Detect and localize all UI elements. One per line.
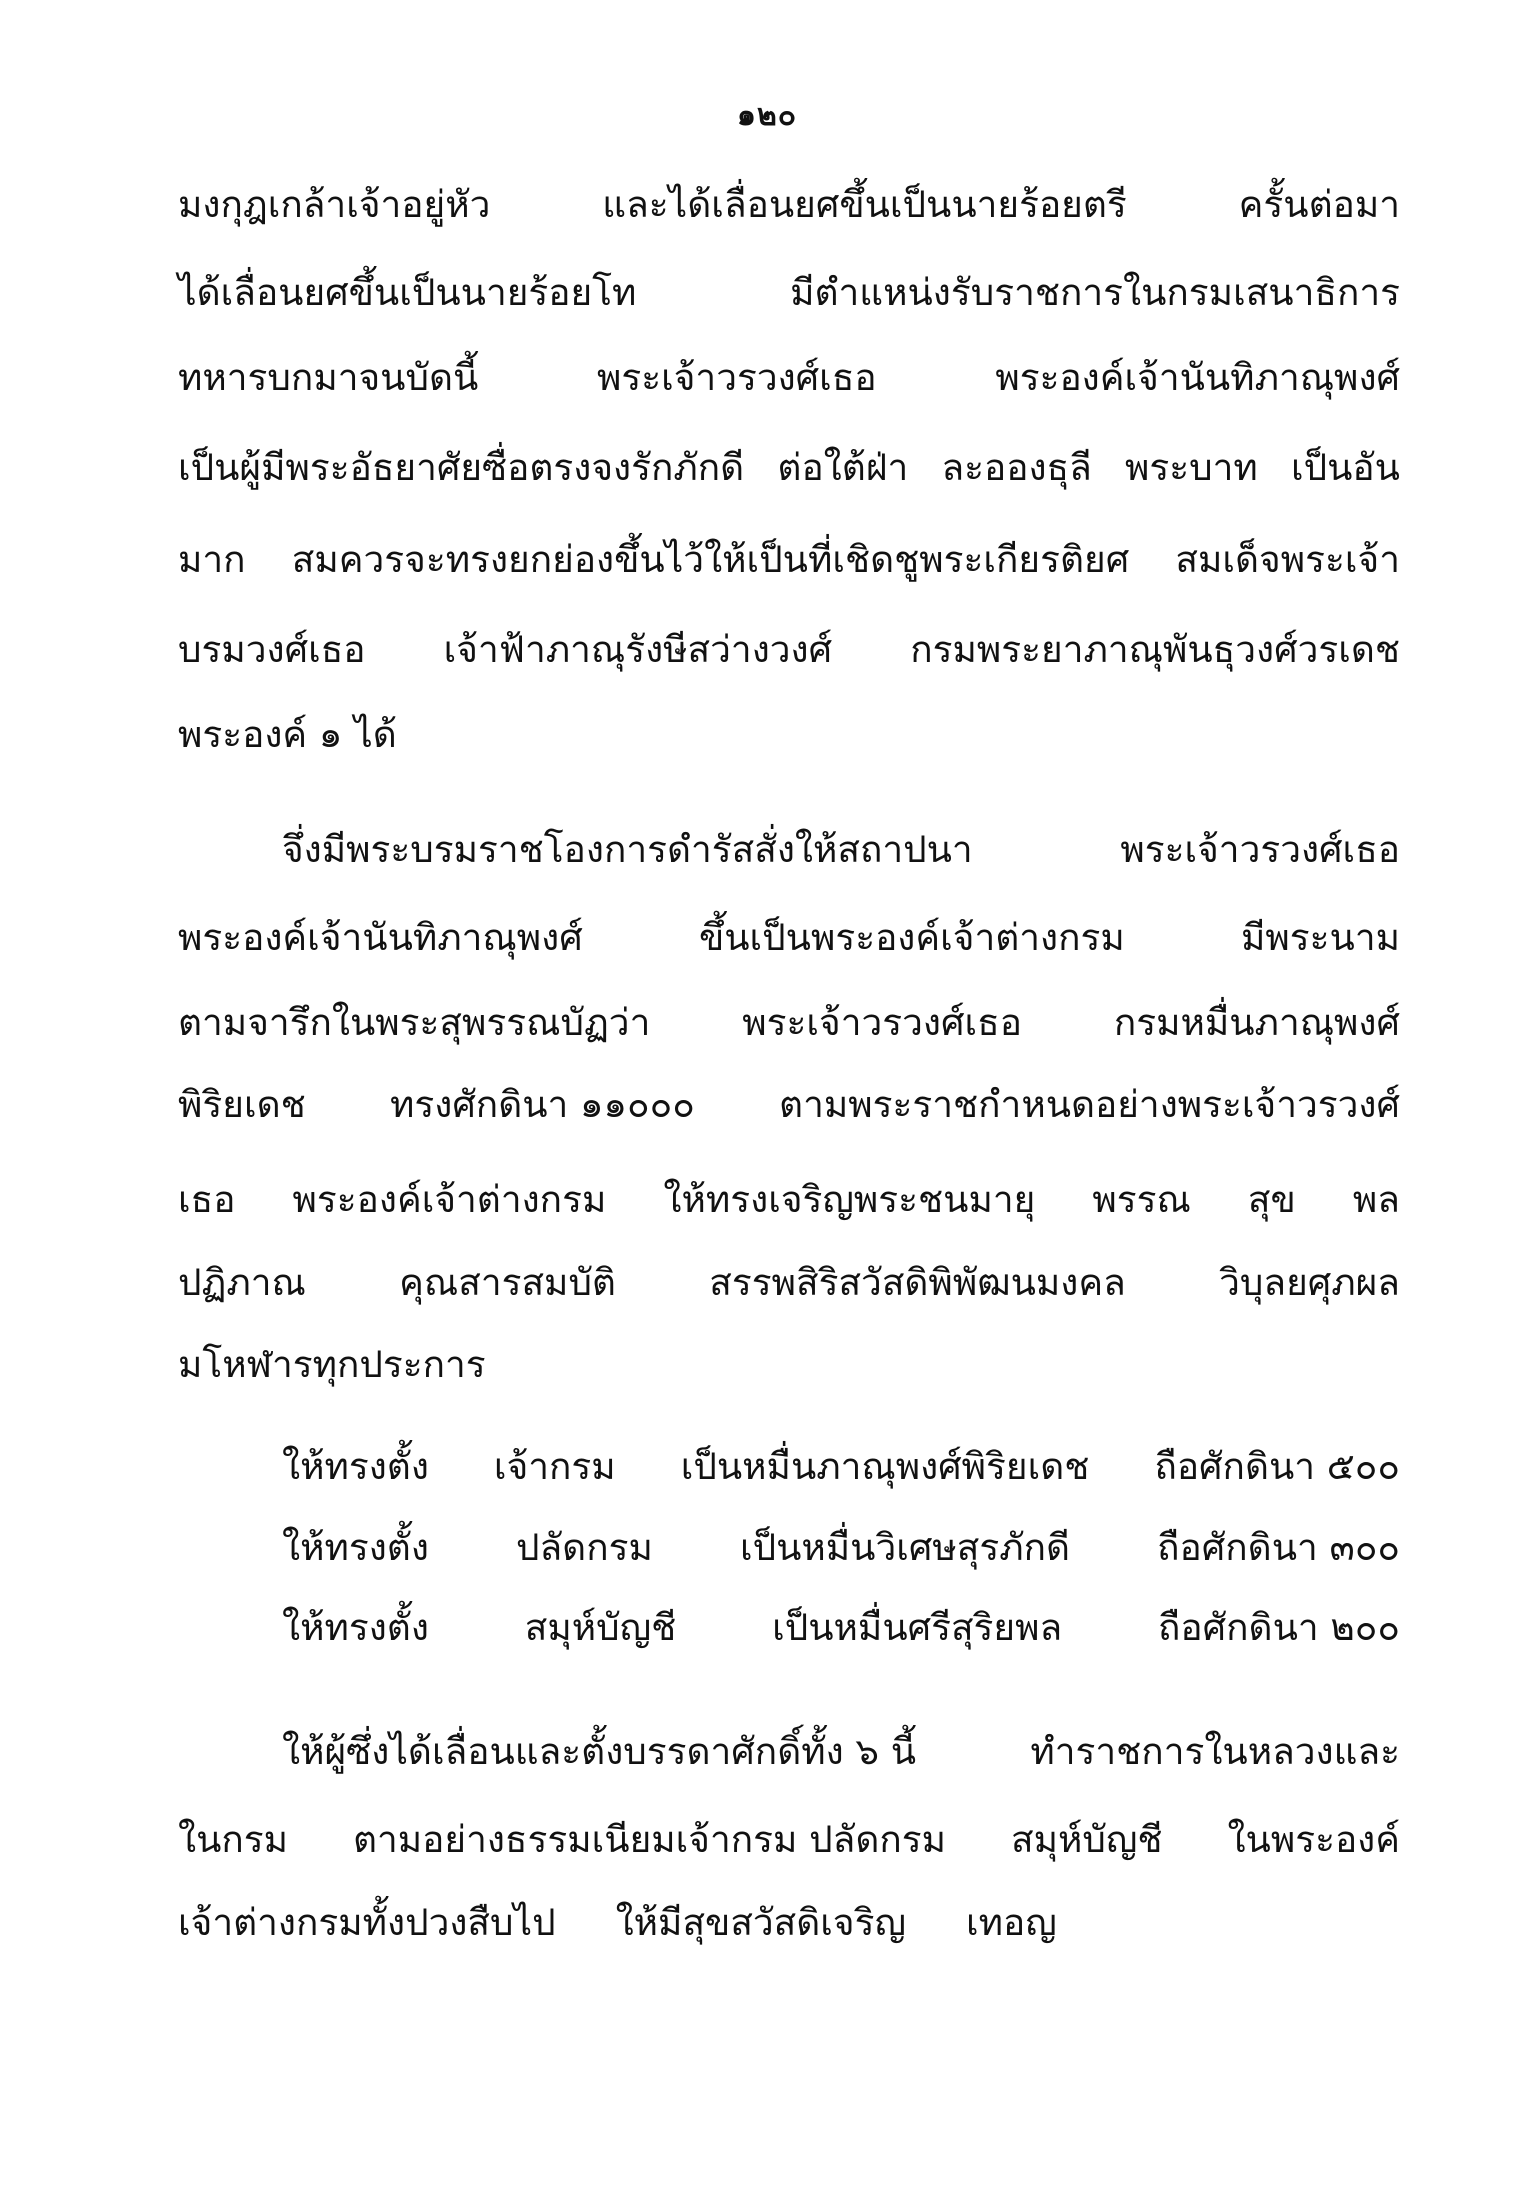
text-line: มโหฬารทุกประการ xyxy=(178,1335,1400,1395)
text-segment: พรรณ xyxy=(1092,1170,1190,1230)
appointment-action: ให้ทรงตั้ง xyxy=(282,1598,429,1658)
appointment-action: ให้ทรงตั้ง xyxy=(282,1518,429,1578)
text-segment: สรรพสิริสวัสดิพิพัฒนมงคล xyxy=(709,1253,1126,1313)
text-segment: พระองค์เจ้าต่างกรม xyxy=(293,1170,607,1230)
text-line: มงกุฎเกล้าเจ้าอยู่หัว และได้เลื่อนยศขึ้น… xyxy=(178,175,1400,235)
text-segment: เทอญ xyxy=(966,1893,1057,1953)
text-segment: พล xyxy=(1353,1170,1400,1230)
text-line: พระองค์เจ้านันทิภาณุพงศ์ ขึ้นเป็นพระองค์… xyxy=(178,908,1400,968)
appointment-position: ปลัดกรม xyxy=(516,1518,653,1578)
appointment-row: ให้ทรงตั้ง ปลัดกรม เป็นหมื่นวิเศษสุรภักด… xyxy=(282,1518,1400,1578)
text-segment: ขึ้นเป็นพระองค์เจ้าต่างกรม xyxy=(699,908,1125,968)
text-segment: พระเจ้าวรวงศ์เธอ xyxy=(1120,820,1400,880)
appointment-sakdina: ถือศักดินา ๓๐๐ xyxy=(1157,1518,1400,1578)
text-segment: ละอองธุลี xyxy=(941,438,1091,498)
text-line: พระองค์ ๑ ได้ xyxy=(178,705,1400,765)
text-segment: ทำราชการในหลวงและ xyxy=(1030,1722,1400,1782)
text-segment: พิริยเดช xyxy=(178,1075,306,1135)
text-segment: พระเจ้าวรวงศ์เธอ xyxy=(742,993,1022,1053)
text-segment: มโหฬารทุกประการ xyxy=(178,1335,486,1395)
text-segment: ให้ทรงเจริญพระชนมายุ xyxy=(663,1170,1035,1230)
text-line: เจ้าต่างกรมทั้งปวงสืบไป ให้มีสุขสวัสดิเจ… xyxy=(178,1893,1400,1953)
appointment-title: เป็นหมื่นศรีสุริยพล xyxy=(772,1598,1062,1658)
text-segment: และได้เลื่อนยศขึ้นเป็นนายร้อยตรี xyxy=(602,175,1126,235)
text-segment: ปฏิภาณ xyxy=(178,1253,306,1313)
text-line: มาก สมควรจะทรงยกย่องขึ้นไว้ให้เป็นที่เชิ… xyxy=(178,530,1400,590)
appointment-sakdina: ถือศักดินา ๕๐๐ xyxy=(1154,1437,1400,1497)
text-segment: ในพระองค์ xyxy=(1227,1810,1400,1870)
appointment-title: เป็นหมื่นวิเศษสุรภักดี xyxy=(740,1518,1070,1578)
text-segment: มงกุฎเกล้าเจ้าอยู่หัว xyxy=(178,175,490,235)
appointment-sakdina: ถือศักดินา ๒๐๐ xyxy=(1158,1598,1400,1658)
page-number: ๑๒๐ xyxy=(0,92,1534,139)
appointment-action: ให้ทรงตั้ง xyxy=(282,1437,429,1497)
text-line: เธอ พระองค์เจ้าต่างกรม ให้ทรงเจริญพระชนม… xyxy=(178,1170,1400,1230)
text-segment: เป็นผู้มีพระอัธยาศัยซื่อตรงจงรักภักดี xyxy=(178,438,744,498)
text-segment: พระองค์เจ้านันทิภาณุพงศ์ xyxy=(178,908,583,968)
appointment-position: เจ้ากรม xyxy=(494,1437,616,1497)
text-segment: เจ้าฟ้าภาณุรังษีสว่างวงศ์ xyxy=(444,620,832,680)
appointment-title: เป็นหมื่นภาณุพงศ์พิริยเดช xyxy=(681,1437,1090,1497)
text-segment: กรมหมื่นภาณุพงศ์ xyxy=(1114,993,1400,1053)
text-segment: ตามพระราชกำหนดอย่างพระเจ้าวรวงศ์ xyxy=(779,1075,1400,1135)
text-segment: ต่อใต้ฝ่า xyxy=(777,438,908,498)
text-line: ได้เลื่อนยศขึ้นเป็นนายร้อยโท มีตำแหน่งรั… xyxy=(178,263,1400,323)
appointment-row: ให้ทรงตั้ง เจ้ากรม เป็นหมื่นภาณุพงศ์พิริ… xyxy=(282,1437,1400,1497)
text-segment: วิบุลยศุภผล xyxy=(1219,1253,1400,1313)
text-segment: สุข xyxy=(1248,1170,1296,1230)
text-line: ปฏิภาณ คุณสารสมบัติ สรรพสิริสวัสดิพิพัฒน… xyxy=(178,1253,1400,1313)
text-segment: เธอ xyxy=(178,1170,235,1230)
text-line: ทหารบกมาจนบัดนี้ พระเจ้าวรวงศ์เธอ พระองค… xyxy=(178,348,1400,408)
text-segment: บรมวงศ์เธอ xyxy=(178,620,366,680)
text-segment: ให้ผู้ซึ่งได้เลื่อนและตั้งบรรดาศักดิ์ทั้… xyxy=(282,1722,916,1782)
text-segment: พระเจ้าวรวงศ์เธอ xyxy=(597,348,877,408)
document-page: ๑๒๐ มงกุฎเกล้าเจ้าอยู่หัว และได้เลื่อนยศ… xyxy=(0,0,1534,2209)
text-segment: มาก xyxy=(178,530,246,590)
text-segment: ตามอย่างธรรมเนียมเจ้ากรม ปลัดกรม xyxy=(353,1810,946,1870)
text-segment: คุณสารสมบัติ xyxy=(399,1253,616,1313)
text-line: เป็นผู้มีพระอัธยาศัยซื่อตรงจงรักภักดี ต่… xyxy=(178,438,1400,498)
text-line: พิริยเดช ทรงศักดินา ๑๑๐๐๐ ตามพระราชกำหนด… xyxy=(178,1075,1400,1135)
text-line: ให้ผู้ซึ่งได้เลื่อนและตั้งบรรดาศักดิ์ทั้… xyxy=(282,1722,1400,1782)
text-segment: จึ่งมีพระบรมราชโองการดำรัสสั่งให้สถาปนา xyxy=(282,820,973,880)
text-segment: สมุห์บัญชี xyxy=(1011,1810,1163,1870)
text-segment: พระบาท xyxy=(1125,438,1258,498)
text-segment: พระองค์ ๑ ได้ xyxy=(178,705,397,765)
text-line: บรมวงศ์เธอ เจ้าฟ้าภาณุรังษีสว่างวงศ์ กรม… xyxy=(178,620,1400,680)
text-line: ในกรม ตามอย่างธรรมเนียมเจ้ากรม ปลัดกรม ส… xyxy=(178,1810,1400,1870)
appointment-position: สมุห์บัญชี xyxy=(525,1598,677,1658)
text-segment: ได้เลื่อนยศขึ้นเป็นนายร้อยโท xyxy=(178,263,636,323)
text-line: ตามจารึกในพระสุพรรณบัฏว่า พระเจ้าวรวงศ์เ… xyxy=(178,993,1400,1053)
text-segment: ครั้นต่อมา xyxy=(1239,175,1400,235)
text-segment: มีพระนาม xyxy=(1241,908,1400,968)
text-segment: พระองค์เจ้านันทิภาณุพงศ์ xyxy=(995,348,1400,408)
text-segment: ให้มีสุขสวัสดิเจริญ xyxy=(616,1893,906,1953)
text-segment: มีตำแหน่งรับราชการในกรมเสนาธิการ xyxy=(790,263,1400,323)
text-segment: ทหารบกมาจนบัดนี้ xyxy=(178,348,478,408)
appointment-row: ให้ทรงตั้ง สมุห์บัญชี เป็นหมื่นศรีสุริยพ… xyxy=(282,1598,1400,1658)
text-segment: สมควรจะทรงยกย่องขึ้นไว้ให้เป็นที่เชิดชูพ… xyxy=(292,530,1129,590)
text-line: จึ่งมีพระบรมราชโองการดำรัสสั่งให้สถาปนา … xyxy=(282,820,1400,880)
text-segment: ตามจารึกในพระสุพรรณบัฏว่า xyxy=(178,993,650,1053)
text-segment: กรมพระยาภาณุพันธุวงศ์วรเดช xyxy=(910,620,1400,680)
text-segment: สมเด็จพระเจ้า xyxy=(1175,530,1400,590)
text-segment: เจ้าต่างกรมทั้งปวงสืบไป xyxy=(178,1893,556,1953)
text-segment: ทรงศักดินา ๑๑๐๐๐ xyxy=(390,1075,695,1135)
text-segment: ในกรม xyxy=(178,1810,288,1870)
text-segment: เป็นอัน xyxy=(1291,438,1400,498)
